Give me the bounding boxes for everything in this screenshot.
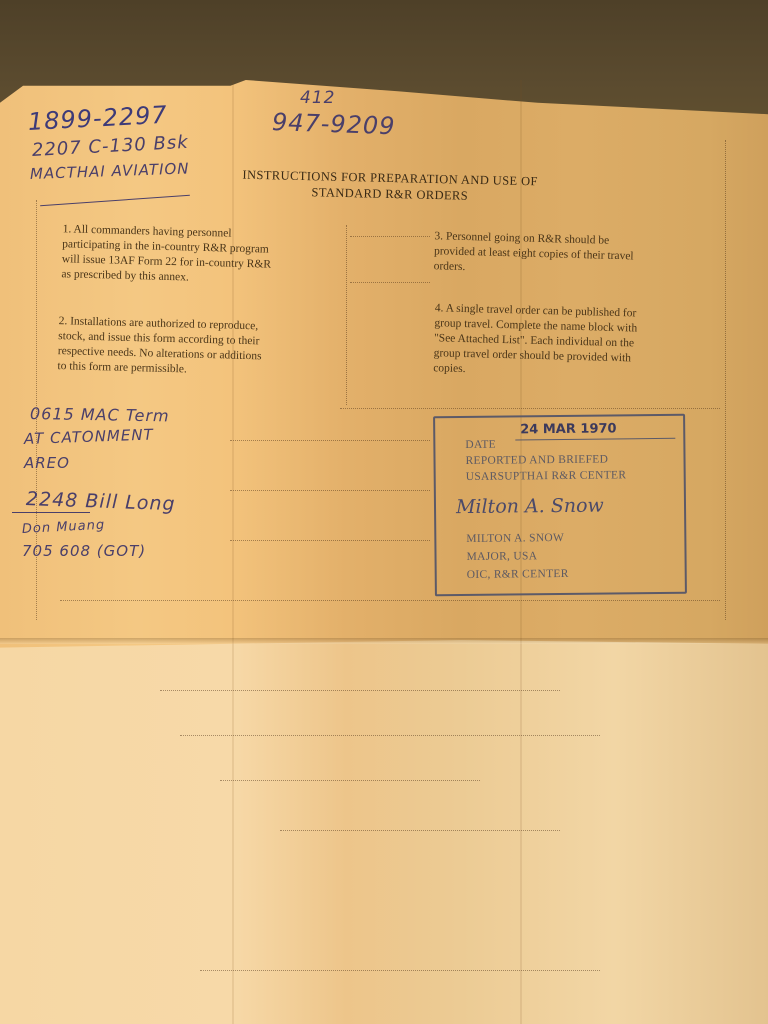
handwritten-time-note: 0615 MAC Term	[30, 404, 170, 425]
form-line	[60, 600, 720, 602]
handwritten-area-code: 412	[300, 88, 335, 108]
faint-form-line	[200, 970, 600, 972]
horizontal-fold	[0, 638, 768, 644]
form-line	[350, 282, 430, 284]
form-line	[230, 540, 430, 542]
faint-form-line	[160, 690, 560, 692]
instruction-paragraph-1: 1. All commanders having personnel parti…	[61, 222, 352, 290]
form-line	[340, 408, 720, 410]
handwritten-underline	[12, 512, 90, 513]
stamp-date-label: DATE	[465, 438, 496, 452]
stamp-signature: Milton A. Snow	[456, 499, 604, 515]
instruction-paragraph-2: 2. Installations are authorized to repro…	[57, 314, 358, 382]
faint-form-line	[220, 780, 480, 782]
paper-bottom-fold	[0, 640, 768, 1024]
handwritten-area-note: AREO	[24, 454, 70, 472]
vertical-crease	[232, 80, 234, 1024]
stamp-date-value: 24 MAR 1970	[520, 422, 616, 437]
form-line	[350, 236, 430, 238]
form-border	[725, 140, 727, 620]
instruction-paragraph-3: 3. Personnel going on R&R should be prov…	[433, 229, 724, 282]
stamp-name: MILTON A. SNOW	[466, 531, 564, 546]
form-line	[230, 440, 430, 442]
stamp-line-1: REPORTED AND BRIEFED	[465, 452, 608, 467]
faint-form-line	[280, 830, 560, 832]
handwritten-phone-2: 947-9209	[272, 108, 396, 140]
faint-form-line	[180, 735, 600, 737]
stamp-rank: MAJOR, USA	[466, 549, 537, 564]
form-line	[230, 490, 430, 492]
rr-center-stamp: DATE 24 MAR 1970 REPORTED AND BRIEFED US…	[433, 414, 687, 597]
stamp-date-rule	[515, 438, 675, 441]
stamp-line-2: USARSUPTHAI R&R CENTER	[466, 468, 627, 484]
stamp-title: OIC, R&R CENTER	[467, 567, 569, 582]
handwritten-number-note: 705 608 (GOT)	[22, 542, 146, 560]
instruction-paragraph-4: 4. A single travel order can be publishe…	[433, 301, 725, 384]
